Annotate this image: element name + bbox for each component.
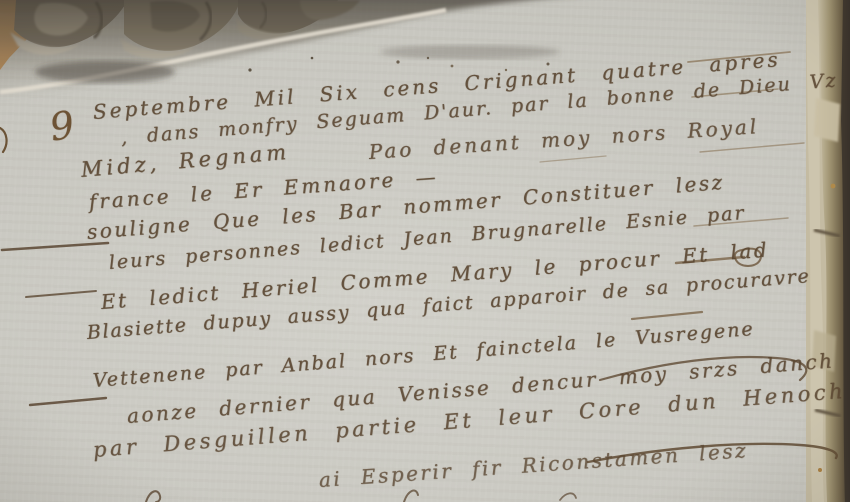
- manuscript-photo: 9 Septembre Mil Six cens Crignant quatre…: [0, 0, 850, 502]
- manuscript-line: ai Esperir fir Riconstamen lesz: [318, 438, 749, 492]
- manuscript-line: Midz, Regnam: [80, 140, 291, 182]
- handwriting-lines: Septembre Mil Six cens Crignant quatre a…: [0, 0, 850, 502]
